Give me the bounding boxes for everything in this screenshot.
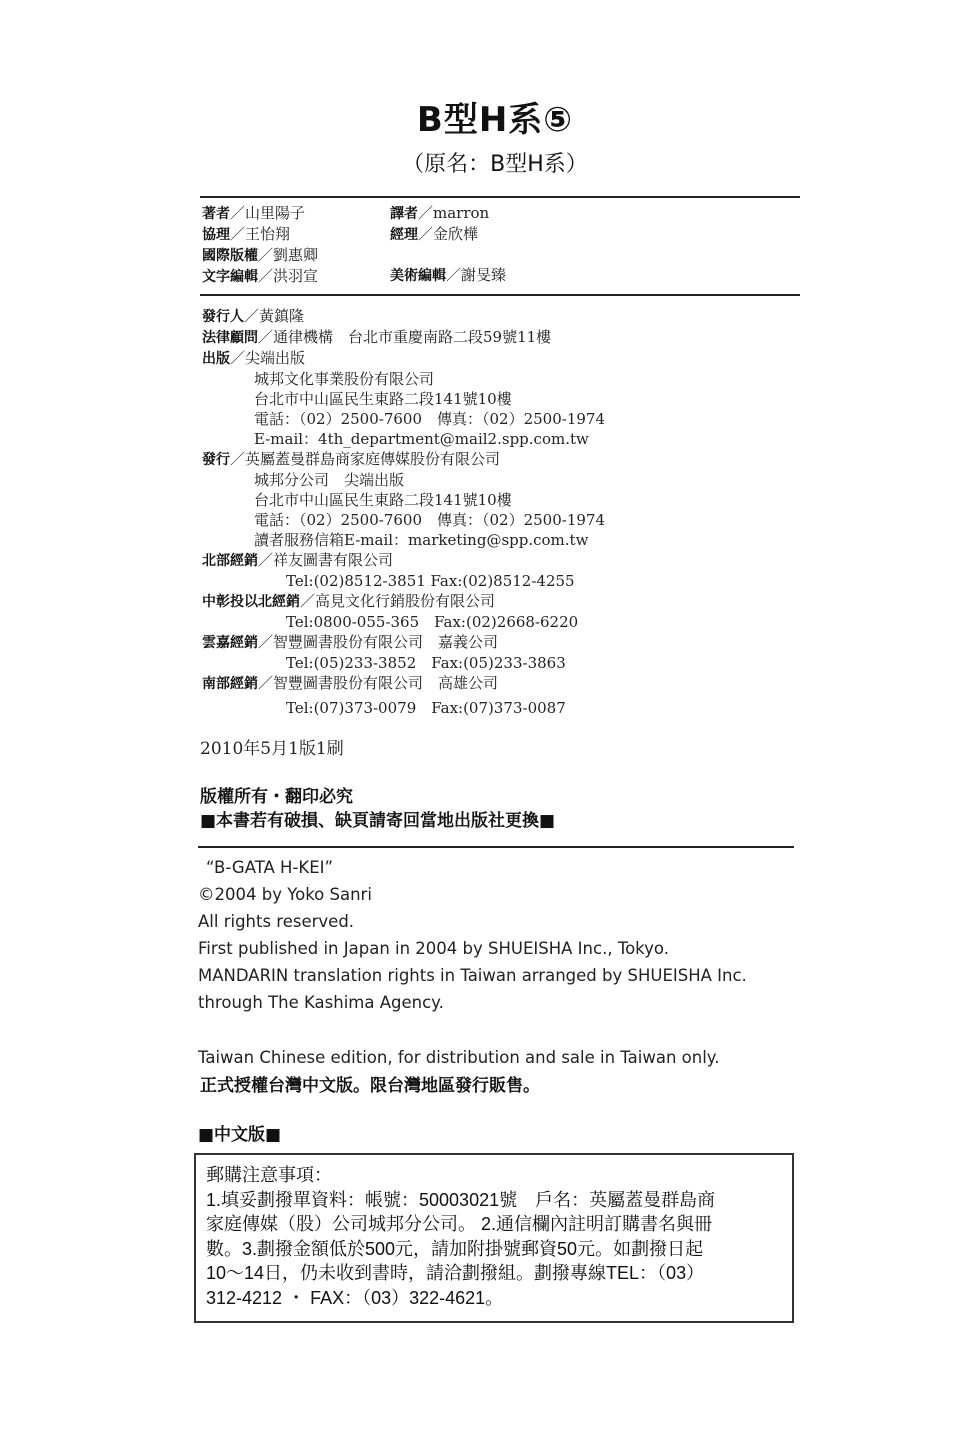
mail-order-line: 1.填妥劃撥單資料：帳號：50003021號 戶名：英屬蓋曼群島商 xyxy=(206,1188,792,1213)
distributor-south: 南部經銷／智豐圖書股份有限公司 高雄公司 xyxy=(202,673,605,694)
credit-translator: 譯者／marron xyxy=(390,203,506,224)
first-published-line: First published in Japan in 2004 by SHUE… xyxy=(198,935,747,962)
distributor-north-tel: Tel:(02)8512-3851 Fax:(02)8512-4255 xyxy=(202,571,605,591)
distribute-line: 台北市中山區民生東路二段141號10樓 xyxy=(202,490,605,510)
divider-bottom xyxy=(198,846,794,848)
mail-order-line: 312-4212 ・ FAX：（03）322-4621。 xyxy=(206,1286,792,1311)
copyright-line: ©2004 by Yoko Sanri xyxy=(198,881,747,908)
publish-email: E-mail：4th_department@mail2.spp.com.tw xyxy=(202,429,605,449)
distributor-central: 中彰投以北經銷／高見文化行銷股份有限公司 xyxy=(202,591,605,612)
publish-line: 台北市中山區民生東路二段141號10樓 xyxy=(202,389,605,409)
chinese-edition-label: ■中文版■ xyxy=(198,1120,281,1145)
distribute-email: 讀者服務信箱E-mail：marketing@spp.com.tw xyxy=(202,530,605,550)
book-title: B型H系⑤ xyxy=(0,92,960,141)
credit-art-editor: 美術編輯／謝旻臻 xyxy=(390,265,506,286)
mail-order-line: 數。3.劃撥金額低於500元，請加附掛號郵資50元。如劃撥日起 xyxy=(206,1237,792,1262)
mail-order-line: 10～14日，仍未收到書時，請洽劃撥組。劃撥專線TEL：（03） xyxy=(206,1261,792,1286)
credit-text-editor: 文字編輯／洪羽宣 xyxy=(202,266,318,287)
agency-line: through The Kashima Agency. xyxy=(198,989,747,1016)
credit-manager-assist: 協理／王怡翔 xyxy=(202,224,318,245)
distribute-line: 電話：（02）2500-7600 傳真：（02）2500-1974 xyxy=(202,510,605,530)
translation-rights-line: MANDARIN translation rights in Taiwan ar… xyxy=(198,962,747,989)
original-title-en: “B-GATA H-KEI” xyxy=(198,854,747,881)
publish-line: 電話：（02）2500-7600 傳真：（02）2500-1974 xyxy=(202,409,605,429)
distribute-line: 城邦分公司 尖端出版 xyxy=(202,470,605,490)
publish: 出版／尖端出版 xyxy=(202,348,605,369)
taiwan-edition-en: Taiwan Chinese edition, for distribution… xyxy=(198,1044,719,1071)
distribute: 發行／英屬蓋曼群島商家庭傳媒股份有限公司 xyxy=(202,449,605,470)
distributor-south-tel: Tel:(07)373-0079 Fax:(07)373-0087 xyxy=(202,698,605,718)
mail-order-title: 郵購注意事項： xyxy=(206,1163,792,1188)
distributor-north: 北部經銷／祥友圖書有限公司 xyxy=(202,550,605,571)
english-copyright: “B-GATA H-KEI” ©2004 by Yoko Sanri All r… xyxy=(198,854,747,1016)
issuer: 發行人／黃鎮隆 xyxy=(202,306,605,327)
distributor-yunjia-tel: Tel:(05)233-3852 Fax:(05)233-3863 xyxy=(202,653,605,673)
original-title: （原名：B型H系） xyxy=(0,147,960,178)
credit-author: 著者／山里陽子 xyxy=(202,203,318,224)
credits-right: 譯者／marron 經理／金欣樺 美術編輯／謝旻臻 xyxy=(390,203,506,286)
mail-order-box: 郵購注意事項： 1.填妥劃撥單資料：帳號：50003021號 戶名：英屬蓋曼群島… xyxy=(194,1153,794,1323)
taiwan-edition-zh: 正式授權台灣中文版。限台灣地區發行販售。 xyxy=(200,1071,540,1096)
divider-middle xyxy=(200,294,800,296)
credit-manager: 經理／金欣樺 xyxy=(390,224,506,245)
distributor-yunjia: 雲嘉經銷／智豐圖書股份有限公司 嘉義公司 xyxy=(202,632,605,653)
edition-date: 2010年5月1版1刷 xyxy=(200,734,344,759)
mail-order-line: 家庭傳媒（股）公司城邦分公司。 2.通信欄內註明訂購書名與冊 xyxy=(206,1212,792,1237)
legal-counsel: 法律顧問／通律機構 台北市重慶南路二段59號11樓 xyxy=(202,327,605,348)
rights-line: All rights reserved. xyxy=(198,908,747,935)
divider-top xyxy=(200,196,800,198)
rights-reserved: 版權所有・翻印必究 xyxy=(200,782,353,807)
publish-line: 城邦文化事業股份有限公司 xyxy=(202,369,605,389)
distributor-central-tel: Tel:0800-055-365 Fax:(02)2668-6220 xyxy=(202,612,605,632)
credit-intl-rights: 國際版權／劉惠卿 xyxy=(202,245,318,266)
damage-notice: ■本書若有破損、缺頁請寄回當地出版社更換■ xyxy=(200,806,555,831)
credits-left: 著者／山里陽子 協理／王怡翔 國際版權／劉惠卿 文字編輯／洪羽宣 xyxy=(202,203,318,287)
publisher-block: 發行人／黃鎮隆 法律顧問／通律機構 台北市重慶南路二段59號11樓 出版／尖端出… xyxy=(202,306,605,718)
mail-order-text: 郵購注意事項： 1.填妥劃撥單資料：帳號：50003021號 戶名：英屬蓋曼群島… xyxy=(196,1155,792,1310)
